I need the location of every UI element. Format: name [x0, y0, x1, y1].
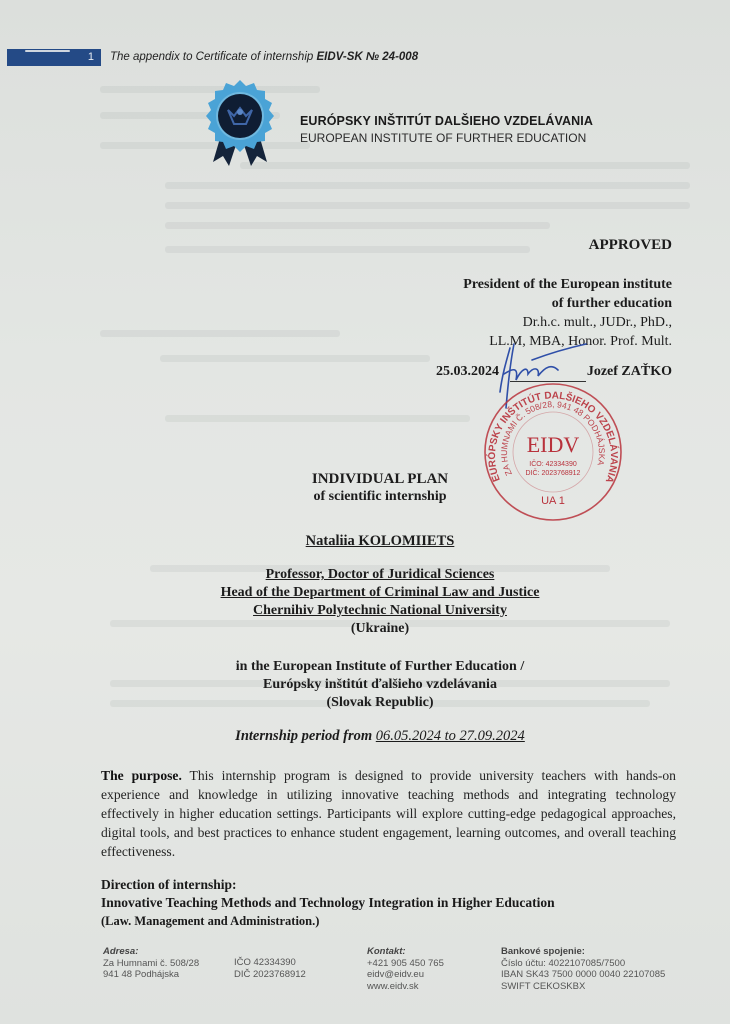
purpose-paragraph: The purpose. This internship program is …: [101, 766, 676, 861]
rosette-badge-icon: [201, 80, 279, 168]
dic-number: DIČ 2023768912: [234, 969, 306, 981]
footer-bank: Bankové spojenie: Číslo účtu: 4022107085…: [501, 946, 665, 992]
stamp-ico: IČO: 42334390: [529, 459, 577, 468]
approver-degrees-1: Dr.h.c. mult., JUDr., PhD.,: [463, 313, 672, 332]
page-number-bar: 1: [7, 49, 101, 66]
ico-number: IČO 42334390: [234, 957, 306, 969]
approved-label: APPROVED: [589, 237, 672, 254]
position-block: Professor, Doctor of Juridical Sciences …: [100, 566, 660, 638]
bank-account: Číslo účtu: 4022107085/7500: [501, 958, 665, 970]
host-line: Európsky inštitút ďalšieho vzdelávania: [100, 676, 660, 694]
address-line: Za Humnami č. 508/28: [103, 958, 199, 970]
period-label: Internship period from: [235, 728, 372, 744]
purpose-text: This internship program is designed to p…: [101, 768, 676, 859]
contact-email[interactable]: eidv@eidv.eu: [367, 969, 444, 981]
position-line: Professor, Doctor of Juridical Sciences: [100, 566, 660, 584]
direction-field: (Law. Management and Administration.): [101, 912, 701, 930]
host-line: in the European Institute of Further Edu…: [100, 658, 660, 676]
certificate-id: EIDV-SK № 24-008: [317, 51, 419, 63]
footer-address: Adresa: Za Humnami č. 508/28 941 48 Podh…: [103, 946, 199, 981]
person-name: Nataliia KOLOMIIETS: [100, 533, 660, 550]
period-value: 06.05.2024 to 27.09.2024: [376, 728, 525, 744]
bar-highlight: [25, 50, 70, 52]
org-name-en: EUROPEAN INSTITUTE OF FURTHER EDUCATION: [300, 131, 593, 145]
direction-title: Innovative Teaching Methods and Technolo…: [101, 894, 701, 912]
purpose-label: The purpose.: [101, 768, 182, 783]
appendix-text: The appendix to Certificate of internshi…: [110, 51, 313, 63]
host-line: (Slovak Republic): [100, 694, 660, 712]
approver-title-1: President of the European institute: [463, 275, 672, 294]
footer-contact: Kontakt: +421 905 450 765 eidv@eidv.eu w…: [367, 946, 444, 992]
address-line: 941 48 Podhájska: [103, 969, 199, 981]
signatory-name: Jozef ZAŤKO: [587, 364, 672, 380]
org-name-sk: EURÓPSKY INŠTITÚT DALŠIEHO VZDELÁVANIA: [300, 114, 593, 128]
page-number: 1: [88, 49, 94, 66]
footer-ids: IČO 42334390 DIČ 2023768912: [234, 957, 306, 980]
stamp-center: EIDV: [527, 432, 580, 457]
position-line: Head of the Department of Criminal Law a…: [100, 584, 660, 602]
contact-label: Kontakt:: [367, 946, 444, 958]
position-line: Chernihiv Polytechnic National Universit…: [100, 602, 660, 620]
plan-title: INDIVIDUAL PLAN: [100, 471, 660, 488]
appendix-header: The appendix to Certificate of internshi…: [110, 49, 418, 66]
direction-block: Direction of internship: Innovative Teac…: [101, 876, 701, 930]
bank-swift: SWIFT CEKOSKBX: [501, 981, 665, 993]
country: (Ukraine): [100, 620, 660, 638]
organization-name: EURÓPSKY INŠTITÚT DALŠIEHO VZDELÁVANIA E…: [300, 114, 593, 145]
host-block: in the European Institute of Further Edu…: [100, 658, 660, 712]
direction-label: Direction of internship:: [101, 876, 701, 894]
internship-period: Internship period from 06.05.2024 to 27.…: [100, 728, 660, 745]
bank-label: Bankové spojenie:: [501, 946, 665, 958]
bank-iban: IBAN SK43 7500 0000 0040 22107085: [501, 969, 665, 981]
plan-subtitle: of scientific internship: [100, 489, 660, 505]
contact-web[interactable]: www.eidv.sk: [367, 981, 444, 993]
contact-phone[interactable]: +421 905 450 765: [367, 958, 444, 970]
address-label: Adresa:: [103, 946, 199, 958]
approver-title-2: of further education: [463, 294, 672, 313]
